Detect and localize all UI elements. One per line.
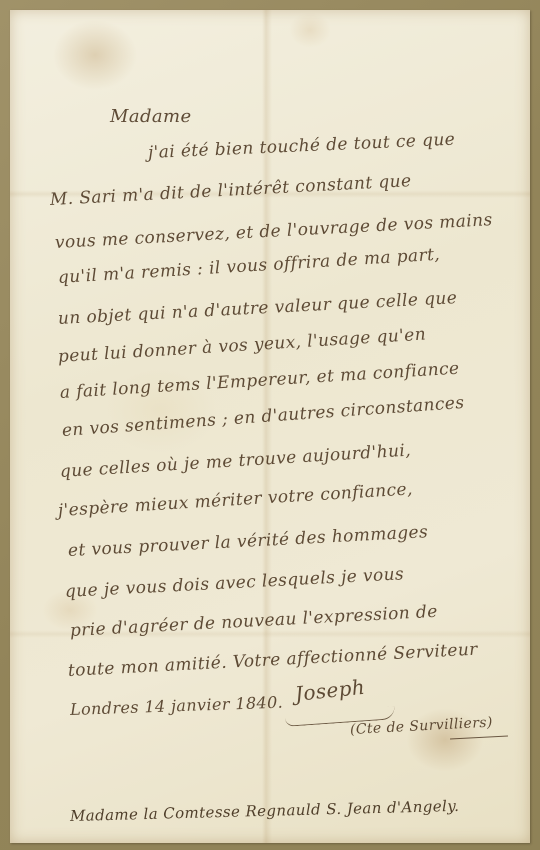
signature-underline: [450, 735, 508, 739]
salutation: Madame: [110, 106, 192, 127]
signature-name: Joseph: [294, 675, 366, 706]
dateline: Londres 14 janvier 1840.: [70, 693, 284, 719]
addressee-line: Madame la Comtesse Regnauld S. Jean d'An…: [70, 797, 460, 825]
letter-line: prie d'agréer de nouveau l'expression de: [69, 597, 529, 641]
letter-line: que je vous dois avec lesquels je vous: [64, 558, 524, 602]
letter-paper: Madame j'ai été bien touché de tout ce q…: [10, 10, 530, 843]
letter-line: que celles où je me trouve aujourd'hui,: [59, 434, 519, 482]
letter-line: toute mon amitié. Votre affectionné Serv…: [67, 637, 527, 681]
letter-line: et vous prouver la vérité des hommages: [67, 517, 527, 561]
letter-line: M. Sari m'a dit de l'intérêt constant qu…: [49, 166, 509, 210]
letter-line: j'ai été bien touché de tout ce que: [148, 123, 540, 163]
letter-line: j'espère mieux mériter votre confiance,: [57, 473, 517, 521]
